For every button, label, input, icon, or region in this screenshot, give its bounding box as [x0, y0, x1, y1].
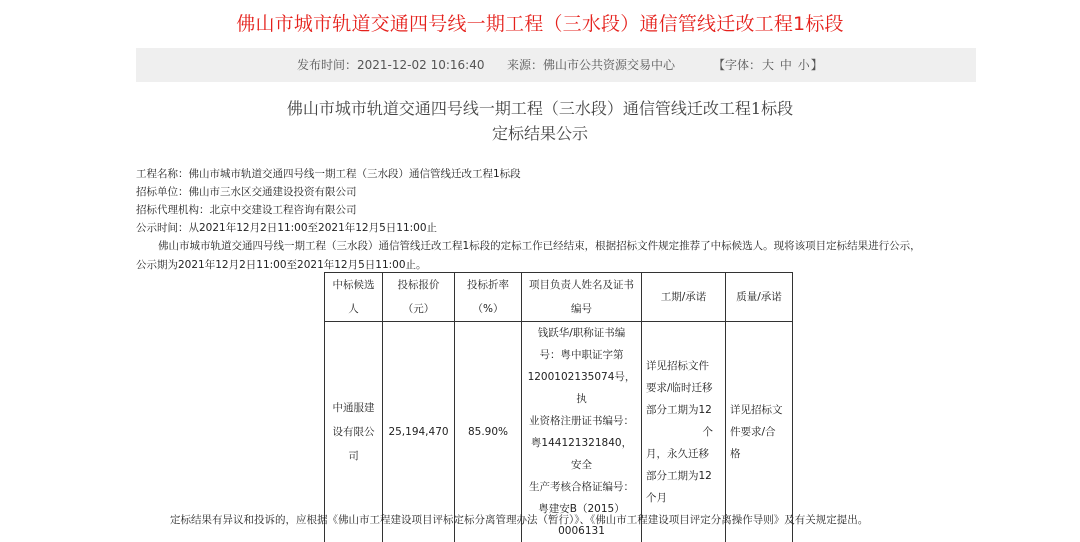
cell-project-manager: 钱跃华/职称证书编号：粤中职证字第1200102135074号，执业资格注册证书…	[522, 322, 642, 542]
info-label: 工程名称：	[136, 168, 189, 180]
source-value: 佛山市公共资源交易中心	[543, 58, 675, 72]
header-candidate: 中标候选人	[325, 273, 383, 322]
font-medium-button[interactable]: 中	[780, 58, 792, 72]
info-tenderer: 招标单位：佛山市三水区交通建设投资有限公司	[136, 185, 357, 200]
info-value: 佛山市城市轨道交通四号线一期工程（三水段）通信管线迁改工程1标段	[189, 168, 521, 180]
meta-bar: 发布时间：2021-12-02 10:16:40 来源：佛山市公共资源交易中心 …	[136, 48, 976, 82]
page-title: 佛山市城市轨道交通四号线一期工程（三水段）通信管线迁改工程1标段	[0, 9, 1080, 36]
cell-bid-price: 25,194,470	[383, 322, 455, 542]
cell-discount-rate: 85.90%	[455, 322, 522, 542]
info-publicity-period: 公示时间：从2021年12月2日11:00至2021年12月5日11:00止	[136, 221, 437, 236]
header-quality: 质量/承诺	[726, 273, 793, 322]
font-size-bracket: 】	[811, 58, 823, 72]
publish-time: 发布时间：2021-12-02 10:16:40	[297, 48, 484, 82]
header-discount-rate: 投标折率（%）	[455, 273, 522, 322]
info-label: 招标单位：	[136, 186, 189, 198]
info-project-name: 工程名称：佛山市城市轨道交通四号线一期工程（三水段）通信管线迁改工程1标段	[136, 167, 521, 182]
announcement-paragraph: 佛山市城市轨道交通四号线一期工程（三水段）通信管线迁改工程1标段的定标工作已经结…	[136, 237, 986, 275]
info-agency: 招标代理机构：北京中交建设工程咨询有限公司	[136, 203, 357, 218]
table-row: 中通服建设有限公司 25,194,470 85.90% 钱跃华/职称证书编号：粤…	[325, 322, 793, 542]
source-label: 来源：	[507, 58, 543, 72]
font-large-button[interactable]: 大	[762, 58, 774, 72]
publish-time-label: 发布时间：	[297, 58, 357, 72]
publish-time-value: 2021-12-02 10:16:40	[357, 58, 484, 72]
font-size-label: 【字体：	[713, 58, 761, 72]
header-duration: 工期/承诺	[642, 273, 726, 322]
document-subtitle: 定标结果公示	[0, 121, 1080, 144]
cell-candidate: 中通服建设有限公司	[325, 322, 383, 542]
info-label: 招标代理机构：	[136, 204, 210, 216]
result-table: 中标候选人 投标报价（元） 投标折率（%） 项目负责人姓名及证书编号 工期/承诺…	[324, 272, 793, 542]
header-bid-price: 投标报价（元）	[383, 273, 455, 322]
footer-note: 定标结果有异议和投诉的，应根据《佛山市工程建设项目评标定标分离管理办法（暂行）》…	[170, 512, 868, 527]
info-value: 佛山市三水区交通建设投资有限公司	[189, 186, 357, 198]
font-small-button[interactable]: 小	[798, 58, 810, 72]
font-size-control: 【字体：大 中 小】	[713, 48, 823, 82]
cell-quality: 详见招标文件要求/合格	[726, 322, 793, 542]
info-value: 从2021年12月2日11:00至2021年12月5日11:00止	[189, 222, 438, 234]
info-value: 北京中交建设工程咨询有限公司	[210, 204, 357, 216]
cell-duration: 详见招标文件要求/临时迁移部分工期为12个月，永久迁移部分工期为12个月	[642, 322, 726, 542]
document-title: 佛山市城市轨道交通四号线一期工程（三水段）通信管线迁改工程1标段	[0, 96, 1080, 119]
table-header-row: 中标候选人 投标报价（元） 投标折率（%） 项目负责人姓名及证书编号 工期/承诺…	[325, 273, 793, 322]
header-project-manager: 项目负责人姓名及证书编号	[522, 273, 642, 322]
source: 来源：佛山市公共资源交易中心	[507, 48, 675, 82]
info-label: 公示时间：	[136, 222, 189, 234]
paragraph-line-1: 佛山市城市轨道交通四号线一期工程（三水段）通信管线迁改工程1标段的定标工作已经结…	[136, 237, 986, 256]
